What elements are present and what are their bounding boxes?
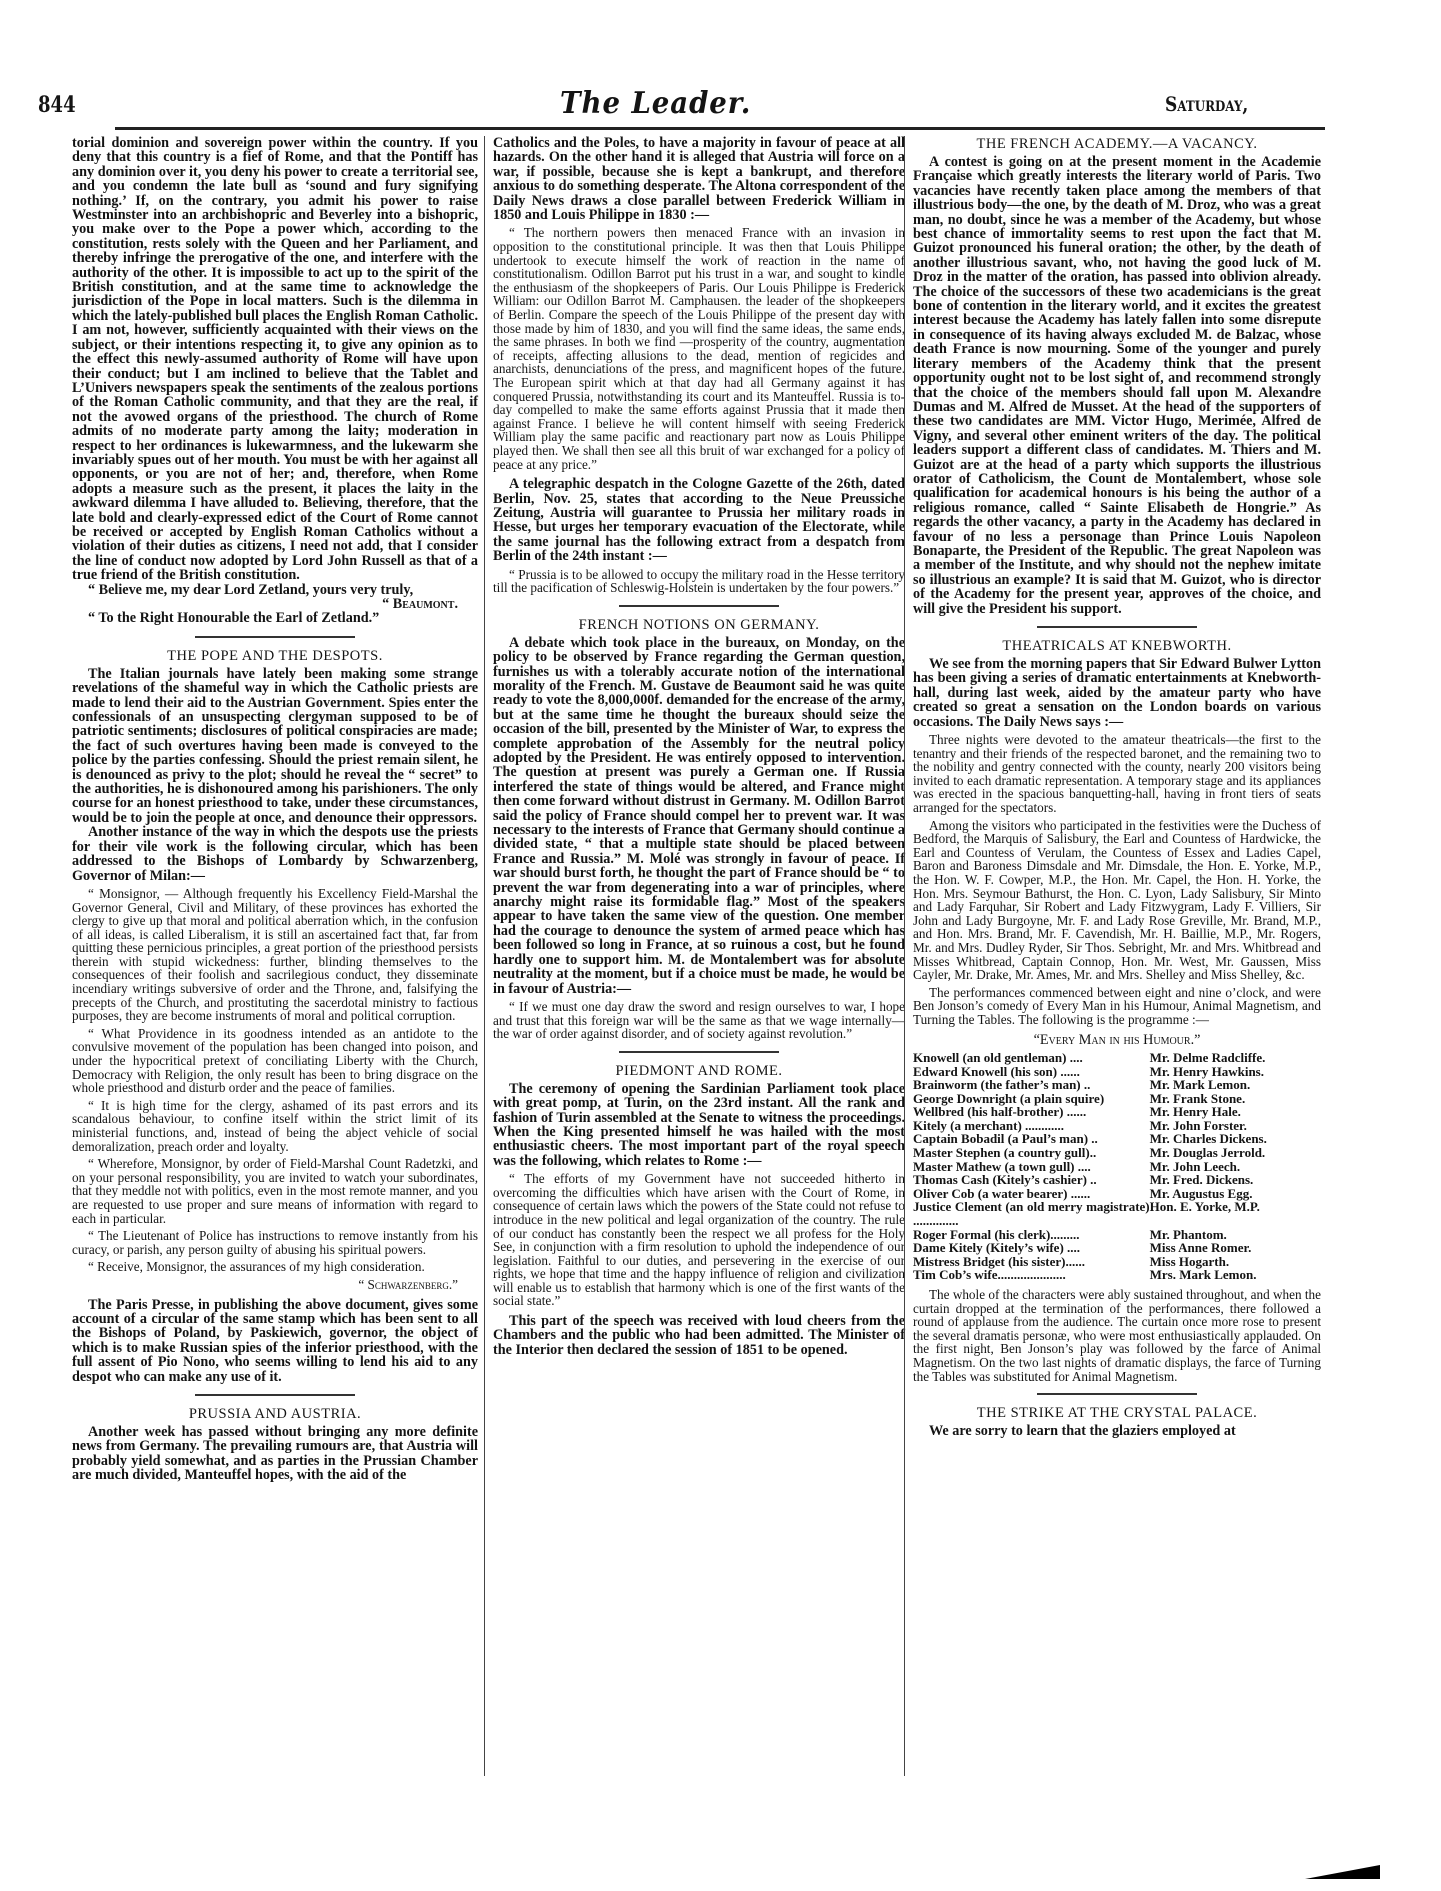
section-divider xyxy=(619,1051,779,1053)
cast-row: Tim Cob’s wife.....................Mrs. … xyxy=(913,1268,1321,1282)
quoted-paragraph: “ The efforts of my Government have not … xyxy=(493,1172,905,1308)
cast-actor: Mr. Delme Radcliffe. xyxy=(1150,1051,1321,1065)
article-paragraph: Catholics and the Poles, to have a major… xyxy=(493,136,905,222)
cast-role: Tim Cob’s wife..................... xyxy=(913,1268,1150,1282)
article-paragraph: The Paris Presse, in publishing the abov… xyxy=(72,1298,478,1384)
cast-list: Knowell (an old gentleman) ....Mr. Delme… xyxy=(913,1051,1321,1282)
cast-actor: Mr. Douglas Jerrold. xyxy=(1150,1146,1321,1160)
cast-row: Edward Knowell (his son) ......Mr. Henry… xyxy=(913,1065,1321,1079)
quoted-paragraph: The whole of the characters were ably su… xyxy=(913,1288,1321,1383)
cast-role: Edward Knowell (his son) ...... xyxy=(913,1065,1150,1079)
quoted-paragraph: “ The northern powers then menaced Franc… xyxy=(493,226,905,471)
headline-crystal-palace-strike: THE STRIKE AT THE CRYSTAL PALACE. xyxy=(913,1405,1321,1422)
cast-actor: Mrs. Mark Lemon. xyxy=(1150,1268,1321,1282)
masthead: 844 The Leader. Saturday, xyxy=(0,0,1441,132)
article-paragraph: This part of the speech was received wit… xyxy=(493,1314,905,1357)
column-middle: Catholics and the Poles, to have a major… xyxy=(484,136,905,1776)
article-paragraph: We see from the morning papers that Sir … xyxy=(913,657,1321,729)
letter-signature: “ Beaumont. xyxy=(72,597,478,611)
cast-actor: Miss Hogarth. xyxy=(1150,1255,1321,1269)
section-divider xyxy=(1037,1393,1197,1395)
cast-row: Master Mathew (a town gull) ....Mr. John… xyxy=(913,1160,1321,1174)
cast-role: Captain Bobadil (a Paul’s man) .. xyxy=(913,1132,1150,1146)
article-paragraph: A debate which took place in the bureaux… xyxy=(493,636,905,996)
column-right: THE FRENCH ACADEMY.—A VACANCY. A contest… xyxy=(904,136,1321,1776)
cast-row: Brainworm (the father’s man) ..Mr. Mark … xyxy=(913,1078,1321,1092)
section-divider xyxy=(1037,626,1197,628)
letter-address: “ To the Right Honourable the Earl of Ze… xyxy=(72,611,478,625)
headline-french-notions: FRENCH NOTIONS ON GERMANY. xyxy=(493,617,905,634)
cast-actor: Mr. Frank Stone. xyxy=(1150,1092,1321,1106)
article-paragraph: The Italian journals have lately been ma… xyxy=(72,667,478,825)
headline-pope-and-despots: THE POPE AND THE DESPOTS. xyxy=(72,648,478,665)
header-rule xyxy=(115,127,1325,130)
cast-actor: Mr. Augustus Egg. xyxy=(1150,1187,1321,1201)
section-divider xyxy=(195,1394,355,1396)
cast-role: George Downright (a plain squire) xyxy=(913,1092,1150,1106)
cast-role: Mistress Bridget (his sister)...... xyxy=(913,1255,1150,1269)
section-divider xyxy=(195,636,355,638)
article-paragraph: A telegraphic despatch in the Cologne Ga… xyxy=(493,477,905,563)
headline-piedmont-and-rome: PIEDMONT AND ROME. xyxy=(493,1063,905,1080)
headline-prussia-and-austria: PRUSSIA AND AUSTRIA. xyxy=(72,1406,478,1423)
quoted-paragraph: “ Wherefore, Monsignor, by order of Fiel… xyxy=(72,1157,478,1225)
quoted-paragraph: Among the visitors who participated in t… xyxy=(913,819,1321,982)
letter-closing: “ Believe me, my dear Lord Zetland, your… xyxy=(72,583,478,597)
cast-actor: Mr. Henry Hale. xyxy=(1150,1105,1321,1119)
quoted-paragraph: The performances commenced between eight… xyxy=(913,986,1321,1027)
cast-role: Oliver Cob (a water bearer) ...... xyxy=(913,1187,1150,1201)
cast-actor: Mr. John Leech. xyxy=(1150,1160,1321,1174)
scan-artifact xyxy=(1305,1865,1380,1879)
cast-actor: Mr. Charles Dickens. xyxy=(1150,1132,1321,1146)
article-paragraph: Another instance of the way in which the… xyxy=(72,825,478,883)
cast-role: Kitely (a merchant) ............ xyxy=(913,1119,1150,1133)
programme-title: “Every Man in his Humour.” xyxy=(913,1033,1321,1047)
cast-role: Knowell (an old gentleman) .... xyxy=(913,1051,1150,1065)
cast-actor: Mr. Mark Lemon. xyxy=(1150,1078,1321,1092)
quoted-paragraph: “ Receive, Monsignor, the assurances of … xyxy=(72,1260,478,1274)
issue-day: Saturday, xyxy=(1165,92,1248,116)
cast-role: Justice Clement (an old merry magistrate… xyxy=(913,1200,1150,1227)
cast-actor: Hon. E. Yorke, M.P. xyxy=(1150,1200,1321,1227)
section-divider xyxy=(619,605,779,607)
circular-signature: “ Schwarzenberg.” xyxy=(72,1278,478,1292)
cast-role: Thomas Cash (Kitely’s cashier) .. xyxy=(913,1173,1150,1187)
cast-row: Thomas Cash (Kitely’s cashier) ..Mr. Fre… xyxy=(913,1173,1321,1187)
cast-row: George Downright (a plain squire)Mr. Fra… xyxy=(913,1092,1321,1106)
quoted-paragraph: “ What Providence in its goodness intend… xyxy=(72,1027,478,1095)
newspaper-title: The Leader. xyxy=(560,86,751,121)
cast-role: Master Mathew (a town gull) .... xyxy=(913,1160,1150,1174)
cast-row: Oliver Cob (a water bearer) ......Mr. Au… xyxy=(913,1187,1321,1201)
cast-role: Wellbred (his half-brother) ...... xyxy=(913,1105,1150,1119)
cast-actor: Mr. Fred. Dickens. xyxy=(1150,1173,1321,1187)
cast-role: Roger Formal (his clerk)......... xyxy=(913,1228,1150,1242)
headline-french-academy: THE FRENCH ACADEMY.—A VACANCY. xyxy=(913,136,1321,153)
cast-row: Master Stephen (a country gull)..Mr. Dou… xyxy=(913,1146,1321,1160)
cast-row: Roger Formal (his clerk).........Mr. Pha… xyxy=(913,1228,1321,1242)
quoted-paragraph: “ Prussia is to be allowed to occupy the… xyxy=(493,568,905,595)
quoted-paragraph: “ The Lieutenant of Police has instructi… xyxy=(72,1229,478,1256)
quoted-paragraph: “ Monsignor, — Although frequently his E… xyxy=(72,887,478,1023)
cast-actor: Mr. John Forster. xyxy=(1150,1119,1321,1133)
cast-row: Kitely (a merchant) ............Mr. John… xyxy=(913,1119,1321,1133)
cast-row: Dame Kitely (Kitely’s wife) ....Miss Ann… xyxy=(913,1241,1321,1255)
quoted-paragraph: Three nights were devoted to the amateur… xyxy=(913,733,1321,815)
cast-role: Dame Kitely (Kitely’s wife) .... xyxy=(913,1241,1150,1255)
cast-role: Brainworm (the father’s man) .. xyxy=(913,1078,1150,1092)
page-number: 844 xyxy=(38,92,76,118)
headline-theatricals-knebworth: THEATRICALS AT KNEBWORTH. xyxy=(913,638,1321,655)
cast-actor: Mr. Henry Hawkins. xyxy=(1150,1065,1321,1079)
cast-actor: Mr. Phantom. xyxy=(1150,1228,1321,1242)
article-paragraph: torial dominion and sovereign power with… xyxy=(72,136,478,583)
cast-row: Wellbred (his half-brother) ......Mr. He… xyxy=(913,1105,1321,1119)
quoted-paragraph: “ If we must one day draw the sword and … xyxy=(493,1000,905,1041)
article-paragraph: The ceremony of opening the Sardinian Pa… xyxy=(493,1082,905,1168)
cast-role: Master Stephen (a country gull).. xyxy=(913,1146,1150,1160)
article-paragraph: Another week has passed without bringing… xyxy=(72,1425,478,1483)
cast-row: Justice Clement (an old merry magistrate… xyxy=(913,1200,1321,1227)
article-paragraph: A contest is going on at the present mom… xyxy=(913,155,1321,616)
quoted-paragraph: “ It is high time for the clergy, ashame… xyxy=(72,1099,478,1153)
article-paragraph: We are sorry to learn that the glaziers … xyxy=(913,1424,1321,1438)
cast-row: Captain Bobadil (a Paul’s man) ..Mr. Cha… xyxy=(913,1132,1321,1146)
cast-row: Mistress Bridget (his sister)......Miss … xyxy=(913,1255,1321,1269)
cast-actor: Miss Anne Romer. xyxy=(1150,1241,1321,1255)
cast-row: Knowell (an old gentleman) ....Mr. Delme… xyxy=(913,1051,1321,1065)
column-left: torial dominion and sovereign power with… xyxy=(72,136,478,1483)
